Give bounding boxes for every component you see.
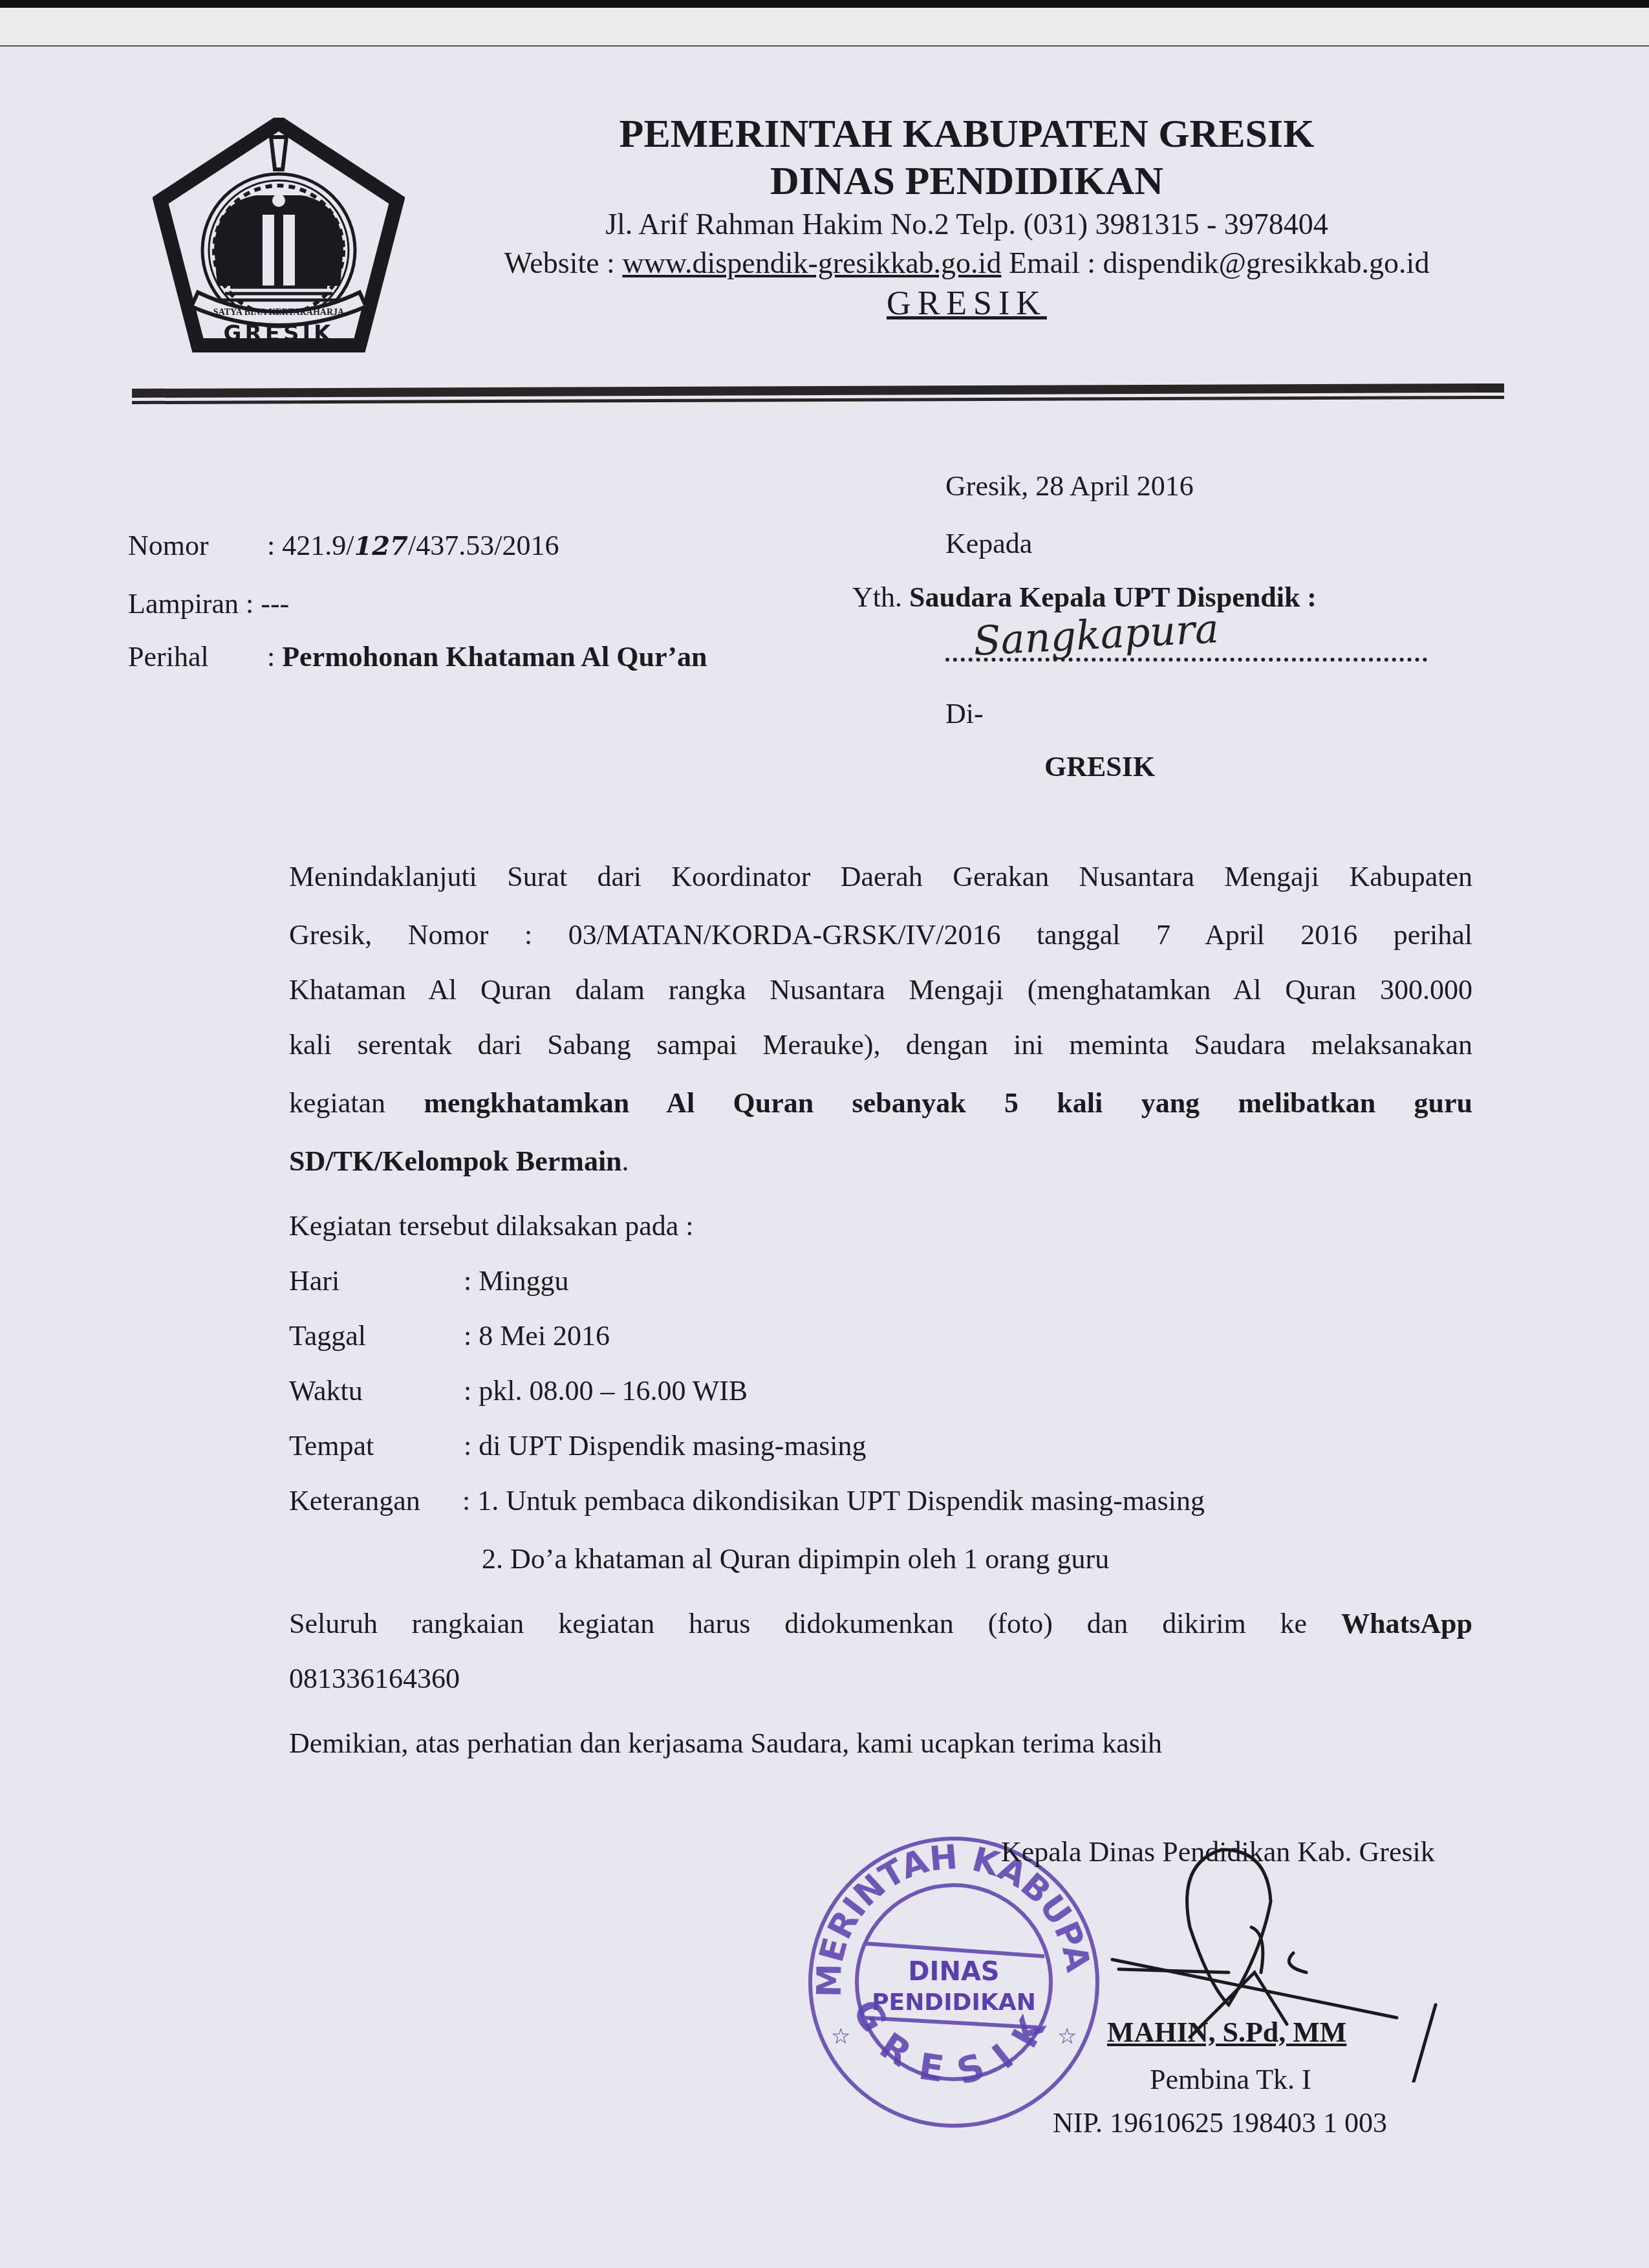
place-date: Gresik, 28 April 2016: [945, 470, 1194, 502]
nomor-label: Nomor: [128, 529, 267, 562]
schedule-row-tempat: Tempat: di UPT Dispendik masing-masing: [289, 1429, 1472, 1462]
closing-statement: Demikian, atas perhatian dan kerjasama S…: [289, 1727, 1472, 1760]
dotted-fill-line: [945, 658, 1427, 662]
nomor-handwritten: 127: [354, 531, 408, 561]
yth-label: Yth.: [852, 581, 909, 613]
letterhead-department: DINAS PENDIDIKAN: [0, 158, 1649, 204]
schedule-label: Hari: [289, 1264, 464, 1297]
kepada-label: Kepada: [945, 527, 1032, 560]
paragraph-line: Gresik, Nomor : 03/MATAN/KORDA-GRSK/IV/2…: [289, 918, 1472, 951]
letterhead-address: Jl. Arif Rahman Hakim No.2 Telp. (031) 3…: [0, 207, 1649, 241]
paragraph-text: Seluruh rangkaian kegiatan harus didokum…: [289, 1608, 1341, 1639]
email-link[interactable]: dispendik@gresikkab.go.id: [1103, 246, 1430, 279]
nomor-prefix: : 421.9/: [267, 530, 354, 561]
svg-text:PENDIDIKAN: PENDIDIKAN: [872, 1989, 1036, 2016]
lampiran-row: Lampiran : ---: [128, 587, 289, 620]
signatory-rank: Pembina Tk. I: [1150, 2063, 1311, 2096]
schedule-row-keterangan: Keterangan: 1. Untuk pembaca dikondisika…: [289, 1484, 1472, 1517]
whatsapp-number: 081336164360: [289, 1662, 1472, 1695]
schedule-label: Taggal: [289, 1319, 464, 1352]
website-label: Website :: [504, 246, 623, 279]
perihal-colon: :: [267, 641, 282, 673]
paragraph-line: kali serentak dari Sabang sampai Merauke…: [289, 1028, 1472, 1061]
schedule-row-waktu: Waktu: pkl. 08.00 – 16.00 WIB: [289, 1374, 1472, 1407]
paragraph-line-bold: kegiatan mengkhatamkan Al Quran sebanyak…: [289, 1086, 1472, 1119]
paragraph-emphasis: SD/TK/Kelompok Bermain: [289, 1145, 622, 1177]
perihal-label: Perihal: [128, 640, 267, 673]
letterhead-government: PEMERINTAH KABUPATEN GRESIK: [0, 111, 1649, 157]
recipient-line: Yth. Saudara Kepala UPT Dispendik :: [852, 581, 1317, 614]
perihal-row: Perihal: Permohonan Khataman Al Qur’an: [128, 640, 707, 673]
paragraph-text: kegiatan: [289, 1087, 424, 1119]
letterhead-city: GRESIK: [0, 285, 1649, 323]
schedule-row-hari: Hari: Minggu: [289, 1264, 1472, 1297]
keterangan-item-2: 2. Do’a khataman al Quran dipimpin oleh …: [482, 1542, 1109, 1575]
scan-paper-fold: [0, 8, 1649, 47]
lampiran-label: Lampiran: [128, 588, 239, 620]
website-link[interactable]: www.dispendik-gresikkab.go.id: [622, 246, 1001, 279]
nomor-row: Nomor: 421.9/127/437.53/2016: [128, 529, 559, 562]
svg-text:GRESIK: GRESIK: [224, 321, 334, 347]
svg-text:☆: ☆: [831, 2025, 850, 2049]
letterhead-contact: Website : www.dispendik-gresikkab.go.id …: [0, 246, 1649, 280]
recipient-title: Saudara Kepala UPT Dispendik :: [909, 581, 1317, 613]
schedule-value: : Minggu: [464, 1265, 569, 1297]
di-label: Di-: [945, 697, 984, 730]
signatory-nip: NIP. 19610625 198403 1 003: [1053, 2106, 1387, 2139]
schedule-value: : pkl. 08.00 – 16.00 WIB: [464, 1375, 748, 1407]
lampiran-value: : ---: [246, 588, 289, 620]
schedule-value: : 1. Untuk pembaca dikondisikan UPT Disp…: [462, 1485, 1205, 1517]
paragraph-line: Menindaklanjuti Surat dari Koordinator D…: [289, 860, 1472, 893]
schedule-label: Keterangan: [289, 1484, 462, 1517]
addressee-city: GRESIK: [1044, 750, 1155, 783]
schedule-value: : 8 Mei 2016: [464, 1320, 610, 1352]
nomor-suffix: /437.53/2016: [408, 530, 559, 561]
schedule-row-tanggal: Taggal: 8 Mei 2016: [289, 1319, 1472, 1352]
perihal-value: Permohonan Khataman Al Qur’an: [282, 641, 707, 673]
official-stamp-icon: PEMERINTAH KABUPATEN GRESIK DINAS PENDID…: [802, 1830, 1106, 2134]
schedule-label: Waktu: [289, 1374, 464, 1407]
signatory-name: MAHIN, S.Pd, MM: [1107, 2016, 1346, 2049]
scan-edge: [0, 0, 1649, 8]
svg-text:☆: ☆: [1057, 2025, 1077, 2049]
schedule-value: : di UPT Dispendik masing-masing: [464, 1430, 867, 1462]
paragraph-emphasis: mengkhatamkan Al Quran sebanyak 5 kali y…: [424, 1087, 1472, 1119]
documentation-instruction: Seluruh rangkaian kegiatan harus didokum…: [289, 1607, 1472, 1640]
paragraph-period: .: [622, 1145, 629, 1177]
email-label: Email :: [1001, 246, 1103, 279]
schedule-label: Tempat: [289, 1429, 464, 1462]
svg-text:DINAS: DINAS: [908, 1957, 999, 1987]
paragraph-line-end: SD/TK/Kelompok Bermain.: [289, 1145, 1472, 1178]
whatsapp-label: WhatsApp: [1341, 1608, 1472, 1639]
paragraph-line: Khataman Al Quran dalam rangka Nusantara…: [289, 973, 1472, 1006]
schedule-intro: Kegiatan tersebut dilaksakan pada :: [289, 1209, 1472, 1242]
